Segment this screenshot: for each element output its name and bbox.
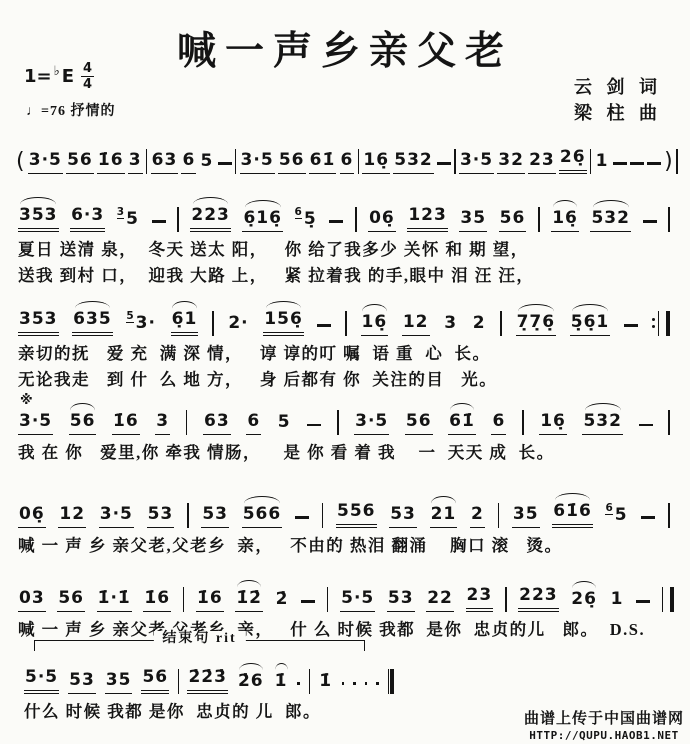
time-signature-bottom: 4 (83, 77, 92, 91)
score-line-7: 结束句 rit5·55335562̇2̇3̇2̇61̇1̇什么 时候 我都 是你… (24, 640, 394, 723)
note-group: 6̣16̣ (242, 209, 283, 232)
composer-credit: 梁 柱 曲 (574, 100, 662, 126)
final-barline (388, 669, 394, 694)
note-group: 1̇6 (112, 412, 140, 435)
repeat-dot (652, 318, 655, 321)
note-group: 532 (590, 209, 631, 232)
ending-label: 结束句 rit (153, 631, 245, 648)
rest-dash (307, 424, 321, 426)
tempo-marking: ♩=76 抒情的 (26, 100, 115, 120)
note-group: 53 (387, 589, 415, 612)
note-group: 56 (69, 412, 97, 435)
key-time-signature: 1=♭E 4 4 (24, 62, 94, 91)
note-group: 156̣ (263, 310, 304, 336)
note-group: 3·5 (459, 151, 494, 174)
score-line-1: (3·5561̇6363653·55661̇616̣5323·5322326̣1… (16, 134, 678, 174)
note-group: 353 (18, 310, 59, 336)
rest-dash (353, 682, 355, 684)
close-paren: ) (664, 151, 673, 173)
key-signature-prefix: 1= (24, 66, 52, 87)
note-group: 5 (199, 152, 214, 174)
note-group: 3·5 (240, 151, 275, 174)
barline (177, 207, 179, 232)
note-group: 6̣1 (171, 310, 199, 336)
lyrics-row: 喊 一 声 乡 亲父老,父老乡 亲， 什 么 时候 我都 是你 忠贞的儿 郎。 … (18, 618, 674, 642)
barline (454, 149, 456, 174)
flat-icon: ♭ (54, 64, 60, 79)
tempo-value: ♩=76 (26, 104, 66, 119)
lyrics-row: 喊 一 声 乡 亲父老,父老乡 亲， 不由的 热泪 翻涌 胸口 滚 烫。 (18, 534, 670, 558)
barline (500, 311, 502, 336)
note-group: 21 (430, 505, 458, 528)
note-group: 56 (141, 668, 169, 694)
note-group: 53 (68, 671, 96, 694)
key-signature-note: E (62, 66, 74, 87)
note-group: 16̣ (361, 313, 389, 336)
barline (590, 149, 592, 174)
note-group: 7̣7̣6̣ (516, 313, 557, 336)
note-group: 35 (459, 209, 487, 232)
note-group: 2̇2̇3̇ (187, 668, 228, 694)
final-barline (662, 587, 674, 612)
barline (358, 149, 360, 174)
barline (183, 587, 185, 612)
repeat-barline (652, 311, 670, 336)
note-group: 3 (155, 412, 170, 435)
note-group: 6 (246, 412, 261, 435)
note-group: 635 (72, 310, 113, 336)
barline (212, 311, 214, 336)
note-group: 6 (340, 151, 355, 174)
barline (538, 207, 540, 232)
barline (668, 207, 670, 232)
note-group: 5 (125, 210, 140, 232)
note-group: 2 (472, 314, 487, 336)
rest-dash (317, 324, 331, 326)
lyrics-row: 什么 时候 我都 是你 忠贞的 儿 郎。 (24, 700, 394, 724)
note-group: 223 (190, 206, 231, 232)
lyrics-row: 夏日 送清 泉， 冬天 送太 阳， 你 给了我多少 关怀 和 期 望， (18, 238, 670, 262)
note-group: 56 (66, 151, 94, 174)
notes-row: 3536·3352236̣16̣65̣06̣123355616̣532 (18, 192, 670, 232)
rest-dash (647, 162, 661, 164)
note-group: 532 (393, 151, 434, 174)
footer: 曲谱上传于中国曲谱网 HTTP://QUPU.HAOB1.NET (524, 707, 684, 742)
note-group: 35 (105, 671, 133, 694)
rest-dash (643, 220, 657, 222)
note-group: 61̇6 (552, 502, 593, 528)
note-group: 61̇ (309, 151, 337, 174)
note-group: 63 (151, 151, 179, 174)
grace-note: 6 (605, 503, 612, 515)
rest-dash (639, 424, 653, 426)
repeat-dot (652, 325, 655, 328)
rest-dash (301, 600, 315, 602)
note-group: 53 (201, 505, 229, 528)
barline (345, 311, 347, 336)
page-title: 喊一声乡亲父老 (0, 20, 690, 76)
rest-dash (437, 162, 451, 164)
note-group: 32 (497, 151, 525, 174)
final-barline (658, 311, 670, 336)
note-group: 2· (227, 314, 249, 336)
notes-row: (3·5561̇6363653·55661̇616̣5323·5322326̣1… (16, 134, 678, 174)
note-group: 16̣ (551, 209, 579, 232)
note-group: 63 (203, 412, 231, 435)
barline (146, 149, 148, 174)
grace-note-group: 65̣ (295, 210, 318, 232)
score-line-3: 35363553·6̣12·156̣16̣12327̣7̣6̣5̣6̣1亲切的抚… (18, 296, 670, 392)
lyrics-row: 送我 到村 口， 迎我 大路 上， 紧 拉着我 的手,眼中 泪 汪 汪， (18, 264, 670, 288)
note-group: 56 (499, 209, 527, 232)
note-group: 53 (147, 505, 175, 528)
note-group: 3· (135, 314, 157, 336)
lyricist-credit: 云 剑 词 (574, 74, 662, 100)
note-group: 56 (278, 151, 306, 174)
note-group: 03 (18, 589, 46, 612)
note-group: 12 (58, 505, 86, 528)
note-group: 1̇ (318, 672, 333, 694)
barline (505, 587, 507, 612)
time-signature: 4 4 (81, 62, 94, 91)
barline (327, 587, 329, 612)
note-group: 2 (470, 505, 485, 528)
note-group: 223 (518, 586, 559, 612)
rest-dash (624, 324, 638, 326)
note-group: 6 (491, 412, 506, 435)
rest-dash (636, 600, 650, 602)
note-group: 1̇·1̇ (97, 589, 132, 612)
score-line-2: 3536·3352236̣16̣65̣06̣123355616̣532夏日 送清… (18, 192, 670, 288)
notes-row: 5·55335562̇2̇3̇2̇61̇1̇ (24, 654, 394, 694)
expression-marking: 抒情的 (70, 104, 115, 119)
note-group: 6·3 (70, 206, 105, 232)
notes-row: 06̣123·55353566556532123561̇665 (18, 488, 670, 528)
note-group: 12 (402, 313, 430, 336)
note-group: 3·5 (354, 412, 389, 435)
open-paren: ( (16, 151, 25, 173)
rest-dash (630, 162, 644, 164)
grace-note-group: 35 (117, 210, 140, 232)
note-group: 23 (466, 586, 494, 612)
note-group: 566 (242, 505, 283, 528)
grace-note-group: 53· (126, 314, 157, 336)
segno-icon: ※ (20, 393, 33, 408)
barline (676, 149, 678, 174)
note-group: 06̣ (18, 505, 46, 528)
rest-dash (295, 516, 309, 518)
rest-dash (613, 162, 627, 164)
barline (337, 410, 339, 435)
footer-site-note: 曲谱上传于中国曲谱网 (524, 707, 684, 728)
note-group: 3 (443, 314, 458, 336)
lyrics-row: 亲切的抚 爱 充 满 深 情， 谆 谆的叮 嘱 语 重 心 长。 (18, 342, 670, 366)
note-group: 6 (181, 151, 196, 174)
rest-dash (365, 682, 367, 684)
rest-dash (376, 682, 378, 684)
credits: 云 剑 词 梁 柱 曲 (574, 74, 662, 126)
notes-row: 03561̇·1̇1̇61̇61̇2̇2̇5·553222322326̣1 (18, 572, 674, 612)
grace-note: 5 (126, 311, 133, 323)
lyrics-row: 无论我走 到 什 么 地 方， 身 后都有 你 关注的目 光。 (18, 368, 670, 392)
barline (668, 410, 670, 435)
note-group: 3·5 (28, 151, 63, 174)
score-line-5: 06̣123·55353566556532123561̇665喊 一 声 乡 亲… (18, 488, 670, 557)
rest-dash (641, 516, 655, 518)
note-group: 123 (407, 206, 448, 232)
rest-dash (342, 682, 344, 684)
barline (187, 503, 189, 528)
notes-row: 35363553·6̣12·156̣16̣12327̣7̣6̣5̣6̣1 (18, 296, 670, 336)
note-group: 1̇ (274, 672, 289, 694)
note-group: 353 (18, 206, 59, 232)
note-group: 2̇6 (237, 672, 265, 694)
note-group: 5̣ (303, 210, 318, 232)
note-group: 35 (512, 505, 540, 528)
notes-row: ※3·5561̇6363653·55661̇616̣532 (18, 396, 670, 435)
note-group: 3·5 (18, 412, 53, 435)
barline (498, 503, 500, 528)
note-group: 5 (614, 506, 629, 528)
ending-bracket: 结束句 rit (34, 640, 365, 651)
note-group: 61̇ (448, 412, 476, 435)
note-group: 1̇6 (143, 589, 171, 612)
score-line-4: ※3·5561̇6363653·55661̇616̣532我 在 你 爱里,你 … (18, 396, 670, 465)
note-group: 53 (389, 505, 417, 528)
grace-note: 3 (117, 207, 124, 219)
lyrics-row: 我 在 你 爱里,你 牵我 情肠， 是 你 看 着 我 一 天天 成 长。 (18, 441, 670, 465)
rest-dash (329, 220, 343, 222)
note-group: 5·5 (24, 668, 59, 694)
repeat-dots (652, 318, 655, 328)
note-group: 23 (528, 151, 556, 174)
note-group: 3·5 (99, 505, 134, 528)
note-group: 06̣ (368, 209, 396, 232)
note-group: 5̣6̣1 (570, 313, 611, 336)
rest-dash (297, 682, 299, 684)
rest-dash (152, 220, 166, 222)
note-group: 56 (405, 412, 433, 435)
note-group: 532 (582, 412, 623, 435)
note-group: 2̇ (275, 590, 290, 612)
note-group: 1̇6 (196, 589, 224, 612)
barline (355, 207, 357, 232)
barline (186, 410, 188, 435)
note-group: 1̇6 (97, 151, 125, 174)
barline (235, 149, 237, 174)
note-group: 1 (610, 590, 625, 612)
note-group: 26̣ (570, 590, 598, 612)
note-group: 16̣ (362, 151, 390, 174)
footer-site-url: HTTP://QUPU.HAOB1.NET (524, 729, 684, 742)
note-group: 3 (128, 151, 143, 174)
note-group: 22 (426, 589, 454, 612)
note-group: 16̣ (539, 412, 567, 435)
note-group: 26̣ (559, 148, 587, 174)
note-group: 1̇2̇ (235, 589, 263, 612)
rest-dash (218, 162, 232, 164)
note-group: 5 (277, 413, 292, 435)
note-group: 56 (57, 589, 85, 612)
note-group: 556 (336, 502, 377, 528)
barline (522, 410, 524, 435)
note-group: 1 (595, 152, 610, 174)
barline (668, 503, 670, 528)
score-line-6: 03561̇·1̇1̇61̇61̇2̇2̇5·553222322326̣1喊 一… (18, 572, 674, 641)
grace-note-group: 65 (605, 506, 628, 528)
barline (322, 503, 324, 528)
sheet-music-page: 喊一声乡亲父老 1=♭E 4 4 ♩=76 抒情的 云 剑 词 梁 柱 曲 (3… (0, 0, 690, 744)
grace-note: 6 (295, 207, 302, 219)
time-signature-top: 4 (81, 62, 94, 77)
note-group: 5·5 (340, 589, 375, 612)
